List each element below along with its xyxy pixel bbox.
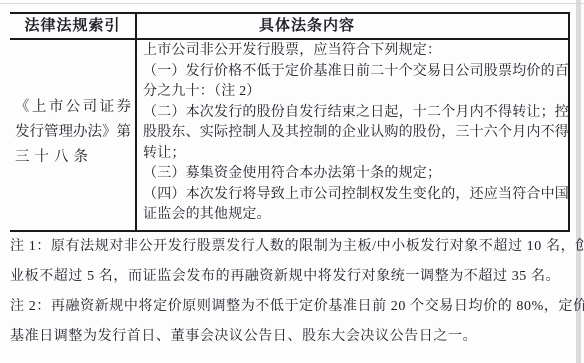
table-header-rule	[10, 38, 570, 40]
footnote-line: 注 2：再融资新规中将定价原则调整为不低于定价基准日前 20 个交易日均价的 8…	[10, 292, 580, 322]
law-content-line: （三）募集资金使用符合本办法第十条的规定；	[143, 164, 567, 185]
column-header-law-content: 具体法条内容	[137, 14, 477, 38]
footnote-line: 注 1：原有法规对非公开发行股票发行人数的限制为主板/中小板发行对象不超过 10…	[10, 232, 580, 262]
footnote-line: 业板不超过 5 名，而证监会发布的再融资新规中将发行对象统一调整为不超过 35 …	[10, 262, 580, 292]
footnote-line: 基准日调整为发行首日、董事会决议公告日、股东大会决议公告日之一。	[10, 322, 580, 352]
law-content-line: （四）本次发行将导致上市公司控制权发生变化的，还应当符合中国	[143, 185, 567, 206]
law-content-line: 上市公司非公开发行股票，应当符合下列规定：	[143, 41, 567, 62]
law-content-line: 转让；	[143, 144, 567, 165]
column-header-law-index: 法律法规索引	[10, 14, 135, 38]
law-index-line: 《上市公司证券	[15, 95, 131, 120]
footnotes: 注 1：原有法规对非公开发行股票发行人数的限制为主板/中小板发行对象不超过 10…	[10, 232, 580, 352]
law-content-line: （二）本次发行的股份自发行结束之日起，十二个月内不得转让；控	[143, 103, 567, 124]
law-content-line: 证监会的其他规定。	[143, 205, 567, 226]
document-page: 法律法规索引 具体法条内容 《上市公司证券 发行管理办法》第 三十八条 上市公司…	[0, 0, 584, 363]
law-content-line: 股股东、实际控制人及其控制的企业认购的股份，三十六个月内不得	[143, 123, 567, 144]
law-content-line: （一）发行价格不低于定价基准日前二十个交易日公司股票均价的百	[143, 62, 567, 83]
law-index-line: 三十八条	[15, 145, 131, 170]
law-index-line: 发行管理办法》第	[15, 120, 131, 145]
scan-artifact-top-line	[0, 3, 584, 4]
law-content-cell: 上市公司非公开发行股票，应当符合下列规定： （一）发行价格不低于定价基准日前二十…	[143, 41, 567, 226]
law-content-line: 分之九十：（注 2）	[143, 82, 567, 103]
law-index-cell: 《上市公司证券 发行管理办法》第 三十八条	[15, 95, 131, 170]
table-column-divider	[135, 12, 137, 232]
